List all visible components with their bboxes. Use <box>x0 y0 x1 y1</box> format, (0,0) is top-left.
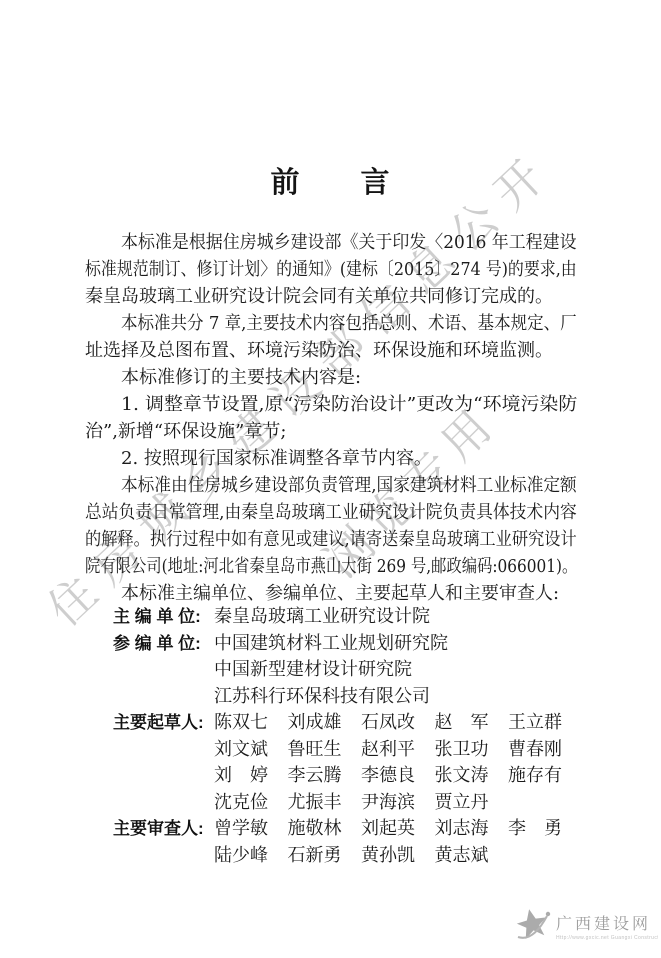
names-row: 曾学敏施敬林刘起英刘志海李 勇 <box>214 816 583 843</box>
person-name: 赵利平 <box>361 737 435 764</box>
person-name: 陈双七 <box>214 710 288 737</box>
logo-tagline: Http://www.gxcic.net Guangxi Constructio… <box>556 935 658 941</box>
person-name: 张文涛 <box>435 763 509 790</box>
unit-line: 中国新型建材设计研究院 <box>214 657 583 684</box>
person-name: 刘起英 <box>361 816 435 843</box>
names-row: 刘 婷李云腾李德良张文涛施存有 <box>214 763 583 790</box>
person-name: 黄志斌 <box>435 843 509 870</box>
unit-line: 江苏科行环保科技有限公司 <box>214 684 583 711</box>
body-line: 的解释。执行过程中如有意见或建议,请寄送秦皇岛玻璃工业研究设计 <box>85 526 577 553</box>
person-name: 王立群 <box>508 710 582 737</box>
credits-content: 陈双七刘成雄石凤改赵 军王立群刘文斌鲁旺生赵利平张卫功曹春刚刘 婷李云腾李德良张… <box>214 710 583 816</box>
person-name: 尤振丰 <box>288 790 362 817</box>
body-line: 本标准是根据住房城乡建设部《关于印发〈2016 年工程建设 <box>85 229 577 256</box>
credits-content: 曾学敏施敬林刘起英刘志海李 勇陆少峰石新勇黄孙凯黄志斌 <box>214 816 583 869</box>
body-line: 本标准修订的主要技术内容是: <box>85 364 577 391</box>
person-name: 曹春刚 <box>508 737 582 764</box>
credits-label: 主 编 单 位: <box>113 604 214 631</box>
credits-row: 主要起草人:陈双七刘成雄石凤改赵 军王立群刘文斌鲁旺生赵利平张卫功曹春刚刘 婷李… <box>113 710 583 816</box>
person-name: 李云腾 <box>288 763 362 790</box>
credits-content: 中国建筑材料工业规划研究院中国新型建材设计研究院江苏科行环保科技有限公司 <box>214 631 583 711</box>
person-name: 刘 婷 <box>214 763 288 790</box>
unit-line: 秦皇岛玻璃工业研究设计院 <box>214 604 583 631</box>
person-name: 石凤改 <box>361 710 435 737</box>
body-line: 标准规范制订、修订计划〉的通知》(建标〔2015〕274 号)的要求,由 <box>85 256 577 283</box>
person-name: 黄孙凯 <box>361 843 435 870</box>
document-page: 住房城乡建设部信息公开 浏览专用 前 言 本标准是根据住房城乡建设部《关于印发〈… <box>0 0 661 958</box>
names-row: 陈双七刘成雄石凤改赵 军王立群 <box>214 710 583 737</box>
person-name: 张卫功 <box>435 737 509 764</box>
credits-label: 主要审查人: <box>113 816 214 843</box>
credits-section: 主 编 单 位:秦皇岛玻璃工业研究设计院参 编 单 位:中国建筑材料工业规划研究… <box>113 604 583 869</box>
body-line: 本标准主编单位、参编单位、主要起草人和主要审查人: <box>85 580 577 607</box>
person-name: 尹海滨 <box>361 790 435 817</box>
credits-content: 秦皇岛玻璃工业研究设计院 <box>214 604 583 631</box>
star-icon <box>516 906 552 946</box>
names-row: 沈克俭尤振丰尹海滨贾立丹 <box>214 790 583 817</box>
credits-label: 参 编 单 位: <box>113 631 214 658</box>
site-logo: 广西建设网 Http://www.gxcic.net Guangxi Const… <box>516 900 658 952</box>
person-name: 陆少峰 <box>214 843 288 870</box>
body-text: 本标准是根据住房城乡建设部《关于印发〈2016 年工程建设标准规范制订、修订计划… <box>85 229 577 607</box>
body-line: 1. 调整章节设置,原“污染防治设计”更改为“环境污染防 <box>85 391 577 418</box>
body-line: 总站负责日常管理,由秦皇岛玻璃工业研究设计院负责具体技术内容 <box>85 499 577 526</box>
person-name: 李 勇 <box>508 816 582 843</box>
credits-row: 主 编 单 位:秦皇岛玻璃工业研究设计院 <box>113 604 583 631</box>
person-name: 贾立丹 <box>435 790 509 817</box>
logo-text-block: 广西建设网 Http://www.gxcic.net Guangxi Const… <box>556 911 658 941</box>
person-name: 沈克俭 <box>214 790 288 817</box>
person-name: 赵 军 <box>435 710 509 737</box>
person-name: 曾学敏 <box>214 816 288 843</box>
page-title: 前 言 <box>0 160 661 201</box>
person-name: 施存有 <box>508 763 582 790</box>
person-name: 李德良 <box>361 763 435 790</box>
credits-row: 参 编 单 位:中国建筑材料工业规划研究院中国新型建材设计研究院江苏科行环保科技… <box>113 631 583 711</box>
person-name: 石新勇 <box>288 843 362 870</box>
names-row: 陆少峰石新勇黄孙凯黄志斌 <box>214 843 583 870</box>
names-row: 刘文斌鲁旺生赵利平张卫功曹春刚 <box>214 737 583 764</box>
body-line: 2. 按照现行国家标准调整各章节内容。 <box>85 445 577 472</box>
person-name: 刘志海 <box>435 816 509 843</box>
body-line: 秦皇岛玻璃工业研究设计院会同有关单位共同修订完成的。 <box>85 283 577 310</box>
person-name: 鲁旺生 <box>288 737 362 764</box>
person-name: 刘成雄 <box>288 710 362 737</box>
credits-label: 主要起草人: <box>113 710 214 737</box>
credits-row: 主要审查人:曾学敏施敬林刘起英刘志海李 勇陆少峰石新勇黄孙凯黄志斌 <box>113 816 583 869</box>
logo-title: 广西建设网 <box>556 911 658 934</box>
unit-line: 中国建筑材料工业规划研究院 <box>214 631 583 658</box>
body-line: 治”,新增“环保设施”章节; <box>85 418 577 445</box>
person-name: 刘文斌 <box>214 737 288 764</box>
body-line: 本标准由住房城乡建设部负责管理,国家建筑材料工业标准定额 <box>85 472 577 499</box>
person-name: 施敬林 <box>288 816 362 843</box>
body-line: 址选择及总图布置、环境污染防治、环保设施和环境监测。 <box>85 337 577 364</box>
body-line: 院有限公司(地址:河北省秦皇岛市燕山大街 269 号,邮政编码:066001)。 <box>85 553 577 580</box>
body-line: 本标准共分 7 章,主要技术内容包括总则、术语、基本规定、厂 <box>85 310 577 337</box>
